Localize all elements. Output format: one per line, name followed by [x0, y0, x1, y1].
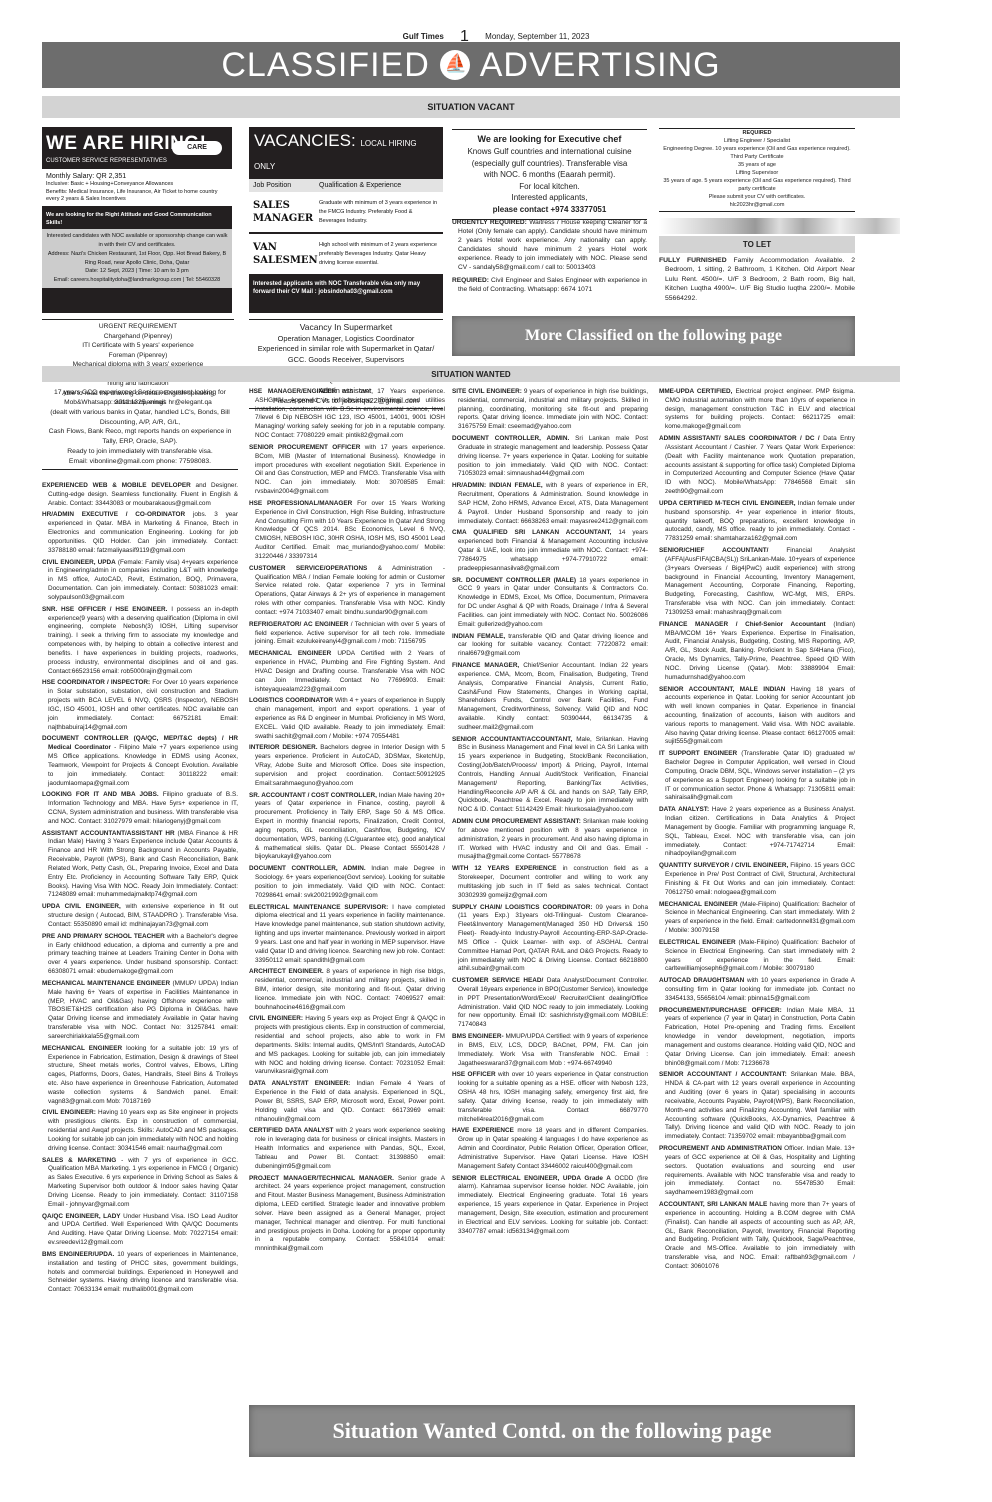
listing-lead: CIVIL ENGINEER:	[42, 1109, 96, 1116]
wanted-listing: PROCUREMENT/PURCHASE OFFICER: Indian Mal…	[659, 1007, 855, 1069]
wanted-listing: HSE COORDINATOR / INSPECTOR: For Over 10…	[42, 679, 238, 732]
wanted-listing: CMA QUALIFIED SRI LANKAN ACCOUNTANT, 14 …	[452, 529, 648, 573]
vacancy-position: SALES MANAGER	[253, 199, 319, 225]
listing-body: Male, Srilankan. Having BSc in Business …	[458, 736, 648, 814]
wanted-listing: SENIOR PROCUREMENT OFFICER with 17 years…	[249, 444, 445, 497]
wanted-listing: FINANCE MANAGER, Chief/Senior Accountant…	[452, 662, 648, 733]
wanted-listing: IT SUPPORT ENGINEER (Transferable Qatar …	[659, 750, 855, 803]
wanted-listing: LOGISTICS COORDINATOR With 4 + years of …	[249, 697, 445, 741]
listing-lead: DOCUMENT CONTROLLER, ADMIN.	[452, 435, 569, 442]
wanted-listing: AUTOCAD DRAUGHTSMAN with 10 years experi…	[659, 977, 855, 1003]
listing-lead: PRE AND PRIMARY SCHOOL TEACHER	[42, 933, 165, 940]
ad-line: Ready to join immediately with transfera…	[42, 447, 238, 457]
listing-lead: SALES & MARKETING	[42, 1157, 116, 1164]
wanted-listing: ELECTRICAL ENGINEER (Male-Filipino) Qual…	[659, 939, 855, 974]
wanted-listing: REFRIGERATOR/ AC ENGINEER / Technician w…	[249, 621, 445, 647]
chef-line: For local kitchen.	[452, 181, 647, 193]
wanted-listing: QA/QC ENGINEER, LADY Under Husband Visa.…	[42, 1213, 238, 1248]
wanted-listing: DATA ANALYST: Have 2 years experience as…	[659, 806, 855, 859]
exec-chef-ad: We are looking for Executive chef Knows …	[452, 129, 647, 220]
listing-lead: SENIOR ACCOUNTANT / ACCOUNTANT:	[659, 1071, 787, 1078]
listing-body: For Over 10 years experience in Solar su…	[48, 679, 238, 730]
listing-lead: MECHANICAL ENGINEER	[659, 901, 738, 908]
listing-lead: PROCUREMENT/PURCHASE OFFICER:	[659, 1007, 782, 1014]
listing-lead: QA/QC ENGINEER, LADY	[42, 1213, 121, 1220]
wanted-listing: ADMIN ASSISTANT/ SALES COORDINATOR / DC …	[659, 435, 855, 497]
listing-lead: AUTOCAD DRAUGHTSMAN	[659, 977, 744, 984]
wanted-listing: MECHANICAL ENGINEER UPDA Certified with …	[249, 650, 445, 694]
listing-body: Having 18 years of accounts experience i…	[665, 686, 855, 746]
listing-lead: LOGISTICS COORDINATOR	[249, 697, 333, 704]
listing-lead: CIVIL ENGINEER:	[249, 1015, 303, 1022]
listing-lead: DATA ANALYST/IT ENGINEER:	[249, 1080, 350, 1087]
listing-lead: ADMIN ASSISTANT/ SALES COORDINATOR / DC …	[659, 435, 820, 442]
listing-lead: MECHANICAL MAINTENANCE ENGINEER	[42, 980, 170, 987]
listing-body: Officer. Indian Male. 13+ years of GCC e…	[665, 1145, 855, 1196]
wanted-listing: QUANTITY SURVEYOR / CIVIL ENGINEER, Fili…	[659, 862, 855, 897]
listing-lead: IT SUPPORT ENGINEER	[659, 750, 737, 757]
listing-lead: ARCHITECT ENGINEER.	[249, 968, 324, 975]
wanted-listing: MECHANICAL ENGINEER (Male-Filipino) Qual…	[659, 901, 855, 936]
wanted-column-1: EXPERIENCED WEB & MOBILE DEVELOPER and D…	[42, 482, 238, 1298]
wanted-listing: DOCUMENT CONTROLLER, ADMIN. Sri Lankan m…	[452, 435, 648, 479]
wanted-listing: SENIOR ACCOUNTANT/ACCOUNTANT, Male, Sril…	[452, 736, 648, 815]
listing-body: (MMUP/ UPDA) Indian Male having 6+ Years…	[48, 980, 238, 1040]
listing-body: Srilankan Male. BBA, HNDA & CA-part with…	[665, 1071, 855, 1140]
urgent-line: Foreman (Pipenrey)	[42, 351, 234, 361]
listing-lead: DATA ANALYST:	[659, 806, 709, 813]
wanted-listing: HAVE EXPERIENCE more 18 years and in dif…	[452, 1127, 648, 1171]
wanted-listing: CIVIL ENGINEER, UPDA (Female: Family vis…	[42, 559, 238, 603]
wanted-column-4: MME-UPDA CERTIFIED, Electrical project e…	[659, 388, 855, 1275]
listing-lead: SENIOR ACCOUNTANT/ACCOUNTANT,	[452, 736, 572, 743]
vacancies-ad: VACANCIES: LOCAL HIRING ONLY Job Positio…	[249, 127, 443, 313]
listing-body: Have 2 years experience as a Business An…	[665, 806, 855, 857]
wanted-listing: HSE OFFICER with over 10 years experienc…	[452, 1071, 648, 1124]
urgent-heading: URGENT REQUIREMENT	[42, 322, 234, 332]
wanted-listing: MME-UPDA CERTIFIED, Electrical project e…	[659, 388, 855, 432]
listing-body: looking for a suitable job: 19 yrs of Ex…	[48, 1045, 238, 1105]
listing-body: Financial Analysist (AFFA|AusFIFA|CBA(SL…	[665, 547, 855, 616]
listing-body: Chief/Senior Accountant. Indian 22 years…	[458, 662, 648, 731]
listing-lead: HAVE EXPERIENCE	[452, 1127, 514, 1134]
wanted-listing: INDIAN FEMALE, transferable QID and Qata…	[452, 633, 648, 659]
wanted-listing: ACCOUNTANT, SRI LANKAN MALE having more …	[659, 1201, 855, 1272]
vacant-listings: URGENTLY REQUIRED: Waitress / House keep…	[452, 218, 647, 297]
supermarket-heading: Vacancy In Supermarket	[249, 322, 443, 334]
chef-line: with NOC. 6 months (Eaarah permit).	[452, 169, 647, 181]
hiring-strip: We are looking for the Right Attitude an…	[46, 210, 228, 229]
listing-body: & Administration - Qualification MBA / I…	[255, 565, 445, 616]
wanted-listing: PROCUREMENT AND ADMINISTRATION Officer. …	[659, 1145, 855, 1198]
hiring-address: Address: Nazi's Chicken Restaurant, 1st …	[45, 250, 229, 268]
listing-lead: SITE CIVIL ENGINEER:	[452, 388, 522, 395]
hiring-contact[interactable]: Email: careers.hospitalitydoha@landmarkg…	[45, 276, 229, 285]
listing-lead: HR/ADMIN: INDIAN FEMALE,	[452, 482, 543, 489]
wanted-listing: HR/ADMIN: INDIAN FEMALE, with 8 years of…	[452, 482, 648, 526]
supermarket-line: Operation Manager, Logistics Coordinator	[249, 334, 443, 344]
wanted-listing: EXPERIENCED WEB & MOBILE DEVELOPER and D…	[42, 482, 238, 508]
hiring-interested: Interested candidates with NOC available…	[45, 232, 229, 250]
wanted-listing: DOCUMENT CONTROLLER (QA/QC, MEP/T&C dept…	[42, 735, 238, 788]
required-line: Please submit your CV with certificates.	[659, 194, 855, 202]
ad-line: (dealt with various banks in Qatar, hand…	[42, 408, 238, 428]
listing-lead: PROCUREMENT AND ADMINISTRATION	[659, 1145, 782, 1152]
listing-lead: UPDA CERTIFIED M-TECH CIVIL ENGINEER,	[659, 500, 796, 507]
senior-accountant-ad: 17 years GCC experienced Senior accounta…	[42, 388, 238, 470]
listing-body: Senior grade A architect. 24 years exper…	[255, 1175, 445, 1253]
listing-body: OCDD (fire alarm). Kahramaa supervisor l…	[458, 1175, 648, 1235]
listing-lead: REQUIRED:	[452, 277, 489, 284]
vacancy-row: SALES MANAGER Graduate with minimum of 3…	[249, 192, 443, 234]
listing-lead: MME-UPDA CERTIFIED,	[659, 388, 732, 395]
wanted-listing: BMS ENGINEER- MMUP/UPDA Certified: with …	[452, 1033, 648, 1068]
more-classified-banner: More Classified on the following page	[452, 316, 855, 356]
required-line: Lifting Engineer / Specialist	[659, 138, 855, 146]
wanted-listing: DATA ANALYST/IT ENGINEER: Indian Female …	[249, 1080, 445, 1124]
listing-body: with over 10 years experience in Qatar c…	[458, 1071, 648, 1122]
wanted-listing: SITE CIVIL ENGINEER: 9 years of experien…	[452, 388, 648, 432]
listing-body: (Indian) MBA/MCOM 16+ Years Experience. …	[665, 621, 855, 681]
wanted-listing: SUPPLY CHAIN/ LOGISTICS COORDINATOR: 09 …	[452, 904, 648, 975]
listing-lead: CUSTOMER SERVICE HEAD/	[452, 977, 543, 984]
listing-lead: SUPPLY CHAIN/ LOGISTICS COORDINATOR:	[452, 904, 593, 911]
supermarket-line: Experienced in similar role with Superma…	[249, 344, 443, 365]
vac-title: VACANCIES:	[254, 131, 356, 150]
urgent-line: Chargehand (Pipenrey)	[42, 332, 234, 342]
listing-lead: HSE OFFICER	[452, 1071, 496, 1078]
required-line: 35 years of age. 5 years experience (Oil…	[659, 178, 855, 194]
wanted-listing: ELECTRICAL MAINTENANCE SUPERVISOR: I hav…	[249, 904, 445, 966]
banner-left: CLASSIFIED	[221, 46, 429, 85]
wanted-listing: CUSTOMER SERVICE/OPERATIONS & Administra…	[249, 565, 445, 618]
wanted-listing: WITH 12 YEARS EXPERIENCE in construction…	[452, 865, 648, 900]
listing-body: (MBA Finance & HR Indian Male) Having 3 …	[48, 830, 238, 899]
wanted-listing: UPDA CIVIL ENGINEER, with extensive expe…	[42, 903, 238, 929]
wanted-listing: BMS ENGINEER/UPDA. 10 years of experienc…	[42, 1251, 238, 1295]
listing-lead: SENIOR ACCOUNTANT, MALE INDIAN	[659, 686, 785, 693]
wanted-listing: ARCHITECT ENGINEER. 8 years of experienc…	[249, 968, 445, 1012]
hiring-allowances: Inclusive: Basic + Housing+Conveyance Al…	[46, 181, 228, 188]
section-situation-vacant: SITUATION VACANT	[42, 96, 900, 118]
listing-body: having more than 7+ years of experience …	[665, 1201, 855, 1270]
listing-lead: CERTIFIED DATA ANALYST	[249, 1127, 333, 1134]
vac-footer[interactable]: Interested applicants with NOC Transfera…	[249, 276, 443, 300]
listing-lead: INDIAN FEMALE,	[452, 633, 505, 640]
wanted-listing: INTERIOR DESIGNER. Bachelors degree in I…	[249, 744, 445, 788]
wanted-column-3: SITE CIVIL ENGINEER: 9 years of experien…	[452, 388, 648, 1239]
listing-lead: SR. DOCUMENT CONTROLLER (MALE)	[452, 577, 576, 584]
listing-body: I have completed diploma electrical and …	[255, 904, 445, 964]
urgent-line: ITI Certificate with 5 years' experience	[42, 341, 234, 351]
listing-lead: URGENTLY REQUIRED:	[452, 219, 527, 226]
listing-body: Data Entry /Assistant Accountant / Cashi…	[665, 435, 855, 495]
listing-body: Having 5 years exp as Project Engr & QA/…	[255, 1015, 445, 1075]
listing-body: 18 years experience in GCC 9 years in Qa…	[458, 577, 648, 628]
wanted-listing: SNR. HSE OFFICER / HSE ENGINEER. I posse…	[42, 606, 238, 677]
wanted-listing: CIVIL ENGINEER: Having 10 years exp as S…	[42, 1109, 238, 1153]
section-situation-wanted: SITUATION WANTED	[42, 366, 900, 382]
classified-banner: CLASSIFIED ADVERTISING	[42, 42, 900, 88]
wanted-listing: SENIOR ACCOUNTANT, MALE INDIAN Having 18…	[659, 686, 855, 748]
listing-lead: SENIOR PROCUREMENT OFFICER	[249, 444, 360, 451]
section-to-let: TO LET	[659, 236, 855, 253]
listing-lead: HSE MANAGER/ENGINEER	[249, 388, 336, 395]
required-line: Engineering Degree. 10 years experience …	[659, 146, 855, 162]
listing-lead: ADMIN CUM PROCUREMENT ASSISTANT:	[452, 818, 581, 825]
col-qualification: Qualification & Experience	[319, 181, 401, 190]
publication-name: Gulf Times	[403, 32, 444, 41]
hiring-benefits: Benefits: Medical Insurance, Life Insura…	[46, 189, 228, 204]
vacancy-qualification: Graduate with minimum of 3 years experie…	[319, 199, 439, 225]
listing-body: Waitress / House keeping Cleaner for a H…	[458, 219, 647, 271]
listing-lead: ACCOUNTANT, SRI LANKAN MALE	[659, 1201, 767, 1208]
wanted-listing: CIVIL ENGINEER: Having 5 years exp as Pr…	[249, 1015, 445, 1077]
listing-body: with over 17 Years experience. ASHGHAL A…	[255, 388, 445, 439]
wanted-listing: ASSISTANT ACCOUNTANT/ASSISTANT HR (MBA F…	[42, 830, 238, 901]
listing-body: For over 15 Years Working Experience in …	[255, 500, 445, 560]
hiring-date: Date: 12 Sept, 2023 | Time: 10 am to 3 p…	[45, 267, 229, 276]
wanted-listing: DOCUMENT CONTROLLER, ADMIN. Indian male …	[249, 865, 445, 900]
chef-line: (especially gulf countries). Transferabl…	[452, 158, 647, 170]
listing-lead: SNR. HSE OFFICER / HSE ENGINEER.	[42, 606, 167, 613]
listing-lead: REFRIGERATOR/ AC ENGINEER	[249, 621, 348, 628]
chef-headline: We are looking for Executive chef	[452, 133, 647, 146]
wanted-listing: HSE PROFESSIONAL/MANAGER For over 15 Yea…	[249, 500, 445, 562]
listing-lead: MECHANICAL ENGINEER	[42, 1045, 122, 1052]
to-let-lead: FULLY FURNISHED	[659, 257, 727, 264]
wanted-listing: CERTIFIED DATA ANALYST with 2 years work…	[249, 1127, 445, 1171]
listing-lead: FINANCE MANAGER,	[452, 662, 519, 669]
vacancy-position: VAN SALESMEN	[253, 241, 319, 267]
wanted-listing: MECHANICAL ENGINEER looking for a suitab…	[42, 1045, 238, 1107]
listing-lead: ELECTRICAL ENGINEER	[659, 939, 736, 946]
wanted-listing: PRE AND PRIMARY SCHOOL TEACHER with a Ba…	[42, 933, 238, 977]
wanted-listing: HSE MANAGER/ENGINEER with over 17 Years …	[249, 388, 445, 441]
issue-date: Monday, September 11, 2023	[485, 32, 589, 41]
ad-contact[interactable]: Email: vibonline@gmail.com phone: 775980…	[42, 457, 238, 467]
required-line: Lifting Supervisor	[659, 170, 855, 178]
wanted-listing: SR. ACCOUNTANT / COST CONTROLLER, Indian…	[249, 792, 445, 863]
listing-lead: UPDA CIVIL ENGINEER,	[42, 903, 121, 910]
required-email[interactable]: hlc2023hr@gmail.com	[659, 202, 855, 210]
listing-lead: LOOKING FOR IT AND MBA JOBS.	[42, 791, 159, 798]
hiring-subtitle: CUSTOMER SERVICE REPRESENTATIVES	[46, 157, 228, 165]
listing-lead: CMA QUALIFIED SRI LANKAN ACCOUNTANT,	[452, 529, 611, 536]
listing-body: Data Analyst/Document Controller. Overal…	[458, 977, 648, 1028]
required-line: 35 years of age	[659, 162, 855, 170]
chef-line: Interested applicants,	[452, 192, 647, 204]
wanted-column-2: HSE MANAGER/ENGINEER with over 17 Years …	[249, 388, 445, 1257]
chef-contact[interactable]: please contact +974 33377051	[452, 204, 647, 216]
to-let-listing: FULLY FURNISHED Family Accommodation Ava…	[659, 256, 855, 306]
listing-body: Indian Male MBA. 11 years of experience …	[665, 1007, 855, 1067]
listing-lead: BMS ENGINEER/UPDA.	[42, 1251, 114, 1258]
listing-lead: CUSTOMER SERVICE/OPERATIONS	[249, 565, 367, 572]
wanted-listing: SALES & MARKETING - with 7 yrs of experi…	[42, 1157, 238, 1210]
listing-lead: BMS ENGINEER-	[452, 1033, 504, 1040]
listing-lead: QUANTITY SURVEYOR / CIVIL ENGINEER,	[659, 862, 788, 869]
wanted-listing: LOOKING FOR IT AND MBA JOBS. Filipino gr…	[42, 791, 238, 826]
wanted-listing: MECHANICAL MAINTENANCE ENGINEER (MMUP/ U…	[42, 980, 238, 1042]
chef-line: Knows Gulf countries and international c…	[452, 146, 647, 158]
listing-body: - with 7 yrs of experience in GCC. Quali…	[48, 1157, 238, 1208]
vacancy-row: VAN SALESMEN High school with minimum of…	[249, 234, 443, 276]
listing-lead: PROJECT MANAGER/TECHNICAL MANAGER.	[249, 1175, 394, 1182]
brand-logo: CARE	[172, 141, 222, 155]
wanted-listing: PROJECT MANAGER/TECHNICAL MANAGER. Senio…	[249, 1175, 445, 1254]
listing-lead: SENIOR ELECTRICAL ENGINEER, UPDA Grade A	[452, 1175, 611, 1182]
decorative-gradient-strip	[659, 218, 900, 234]
ad-line: 17 years GCC experienced Senior accounta…	[42, 388, 238, 408]
wanted-listing: UPDA CERTIFIED M-TECH CIVIL ENGINEER, In…	[659, 500, 855, 544]
listing-body: (Transferable Qatar ID) graduated w/ Bac…	[665, 750, 855, 801]
listing-lead: INTERIOR DESIGNER.	[249, 744, 317, 751]
listing-lead: HSE COORDINATOR / INSPECTOR:	[42, 679, 150, 686]
vacancy-qualification: High school with minimum of 2 years expe…	[319, 241, 439, 267]
listing-body: Indian Male having 20+ years of Qatar ex…	[255, 792, 445, 861]
listing-lead: SENIOR/CHIEF ACCOUNTANT/	[659, 547, 768, 554]
wanted-listing: CUSTOMER SERVICE HEAD/ Data Analyst/Docu…	[452, 977, 648, 1030]
listing-lead: SR. ACCOUNTANT / COST CONTROLLER,	[249, 792, 377, 799]
listing-lead: ASSISTANT ACCOUNTANT/ASSISTANT HR	[42, 830, 175, 837]
required-heading: REQUIRED	[659, 130, 855, 138]
wanted-listing: SR. DOCUMENT CONTROLLER (MALE) 18 years …	[452, 577, 648, 630]
listing-lead: MECHANICAL ENGINEER	[249, 650, 331, 657]
wanted-listing: HR/ADMIN EXECUTIVE / CO-ORDINATOR jobs. …	[42, 511, 238, 555]
hiring-ad: WE ARE HIRING! CARE CUSTOMER SERVICE REP…	[42, 127, 232, 313]
ad-line: Cash Flows, Bank Reco, mgt reports hands…	[42, 427, 238, 447]
listing-lead: HSE PROFESSIONAL/MANAGER	[249, 500, 352, 507]
col-position: Job Position	[253, 181, 319, 190]
wanted-listing: SENIOR ELECTRICAL ENGINEER, UPDA Grade A…	[452, 1175, 648, 1237]
dhow-boat-icon	[440, 50, 470, 80]
listing-body: with 17 years experience. BCom, MIB (Mas…	[255, 444, 445, 495]
banner-right: ADVERTISING	[480, 46, 721, 85]
required-ad: REQUIRED Lifting Engineer / Specialist E…	[659, 128, 855, 212]
wanted-listing: FINANCE MANAGER / Chief-Senior Accountan…	[659, 621, 855, 683]
listing-lead: DOCUMENT CONTROLLER, ADMIN.	[249, 865, 366, 872]
listing-body: I possess an in-depth experience(9 years…	[48, 606, 238, 675]
listing-lead: EXPERIENCED WEB & MOBILE DEVELOPER	[42, 482, 191, 489]
listing-lead: ELECTRICAL MAINTENANCE SUPERVISOR:	[249, 904, 388, 911]
listing-lead: FINANCE MANAGER / Chief-Senior Accountan…	[659, 621, 826, 628]
listing-lead: CIVIL ENGINEER, UPDA	[42, 559, 116, 566]
hiring-salary: Monthly Salary: QR 2,351	[46, 172, 228, 181]
wanted-listing: ADMIN CUM PROCUREMENT ASSISTANT: Srilank…	[452, 818, 648, 862]
wanted-listing: SENIOR ACCOUNTANT / ACCOUNTANT: Srilanka…	[659, 1071, 855, 1142]
listing-body: 09 years in Doha (11 years Exp.) 31years…	[458, 904, 648, 973]
wanted-contd-banner: Situation Wanted Contd. on the following…	[249, 1405, 855, 1457]
listing-lead: WITH 12 YEARS EXPERIENCE	[452, 865, 557, 872]
wanted-listing: SENIOR/CHIEF ACCOUNTANT/ Financial Analy…	[659, 547, 855, 618]
listing-lead: HR/ADMIN EXECUTIVE / CO-ORDINATOR	[42, 511, 185, 518]
